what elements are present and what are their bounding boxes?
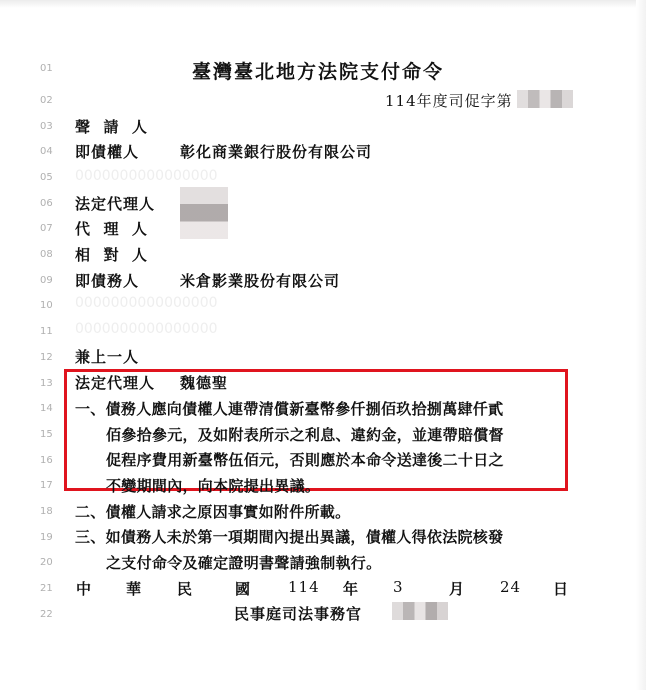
date-part: 年 <box>343 578 359 599</box>
line-number: 10 <box>40 300 60 311</box>
respondent-label: 相 對 人 <box>75 244 148 265</box>
order-1-line-1: 一、債務人應向債權人連帶清償新臺幣參仟捌佰玖拾捌萬肆仟貳 <box>75 398 503 419</box>
document-title: 臺灣臺北地方法院支付命令 <box>192 57 444 84</box>
debtor-name: 米倉影業股份有限公司 <box>180 270 340 291</box>
page-right-shadow <box>636 0 646 690</box>
placeholder-line: 0000000000000000 <box>75 295 218 311</box>
redacted-signature-name <box>392 602 448 620</box>
line-number: 07 <box>40 223 60 234</box>
order-3-line-2: 之支付命令及確定證明書聲請強制執行。 <box>106 552 381 573</box>
date-part: 中 <box>76 578 92 599</box>
date-part: 華 <box>126 578 142 599</box>
line-number: 12 <box>40 352 60 363</box>
line-number: 08 <box>40 249 60 260</box>
date-year: 114 <box>288 578 320 596</box>
line-number: 21 <box>40 583 60 594</box>
creditor-label: 即債權人 <box>75 141 139 162</box>
date-part: 月 <box>449 578 465 599</box>
line-number: 19 <box>40 532 60 543</box>
legal-rep-label: 法定代理人 <box>75 193 155 214</box>
placeholder-line: 0000000000000000 <box>75 321 218 337</box>
line-number: 02 <box>40 95 60 106</box>
line-number: 15 <box>40 429 60 440</box>
line-number: 13 <box>40 378 60 389</box>
line-number: 11 <box>40 326 60 337</box>
date-part: 國 <box>235 578 251 599</box>
date-day: 24 <box>500 578 521 596</box>
line-number: 09 <box>40 275 60 286</box>
agent-label: 代 理 人 <box>75 218 148 239</box>
line-number: 14 <box>40 403 60 414</box>
redacted-case-number <box>517 90 573 108</box>
date-part: 日 <box>553 578 569 599</box>
debtor-legal-rep-name: 魏德聖 <box>180 372 228 393</box>
line-number: 05 <box>40 172 60 183</box>
line-number: 03 <box>40 121 60 132</box>
signature-title: 民事庭司法事務官 <box>234 603 362 624</box>
line-number: 20 <box>40 557 60 568</box>
debtor-legal-rep-label: 法定代理人 <box>75 372 155 393</box>
order-3-line-1: 三、如債務人未於第一項期間內提出異議，債權人得依法院核發 <box>75 526 503 547</box>
page-top-shadow <box>0 0 646 8</box>
line-number: 16 <box>40 455 60 466</box>
line-number: 06 <box>40 198 60 209</box>
order-1-line-4: 不變期間內，向本院提出異議。 <box>106 475 320 496</box>
redacted-legal-rep-and-agent <box>180 187 228 239</box>
line-number: 17 <box>40 480 60 491</box>
creditor-name: 彰化商業銀行股份有限公司 <box>180 141 372 162</box>
line-number: 04 <box>40 146 60 157</box>
case-number: 114年度司促字第 <box>385 90 513 111</box>
order-2-line-1: 二、債權人請求之原因事實如附件所載。 <box>75 501 350 522</box>
debtor-label: 即債務人 <box>75 270 139 291</box>
placeholder-line: 0000000000000000 <box>75 168 218 184</box>
applicant-label: 聲 請 人 <box>75 116 148 137</box>
order-1-line-3: 促程序費用新臺幣伍佰元，否則應於本命令送達後二十日之 <box>106 449 504 470</box>
line-number: 01 <box>40 63 60 74</box>
order-1-line-2: 佰參拾參元，及如附表所示之利息、違約金，並連帶賠償督 <box>106 424 504 445</box>
date-month: 3 <box>393 578 404 596</box>
line-number: 18 <box>40 506 60 517</box>
concurrent-label: 兼上一人 <box>75 346 139 367</box>
date-part: 民 <box>177 578 193 599</box>
line-number: 22 <box>40 609 60 620</box>
